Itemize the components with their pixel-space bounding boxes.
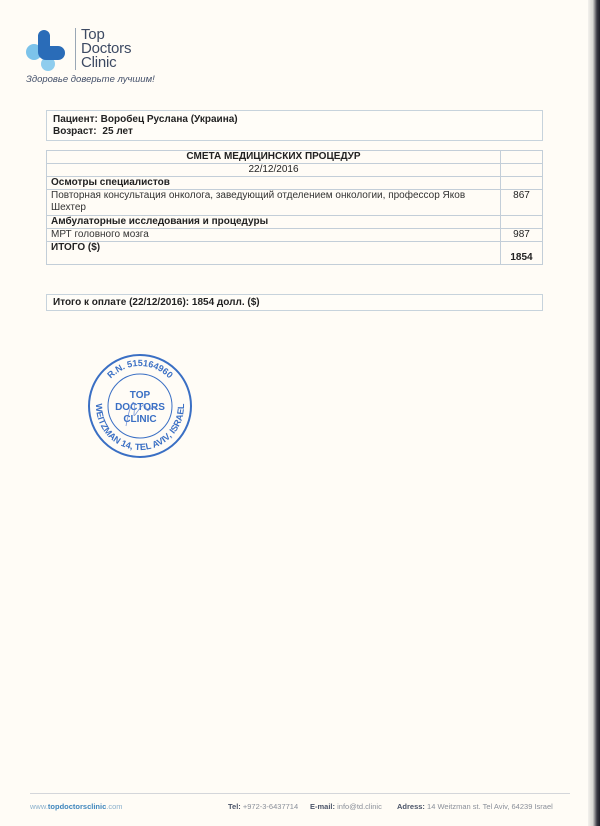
address-value: 14 Weitzman st. Tel Aviv, 64239 Israel — [427, 802, 553, 811]
total-value: 1854 — [501, 242, 543, 265]
empty-cell — [501, 164, 543, 177]
email-value[interactable]: info@td.clinic — [337, 802, 382, 811]
estimate-table: СМЕТА МЕДИЦИНСКИХ ПРОЦЕДУР 22/12/2016 Ос… — [46, 150, 543, 265]
tel-label: Tel: — [228, 802, 241, 811]
email-label: E-mail: — [310, 802, 335, 811]
footer-divider — [30, 793, 570, 794]
brand-line: Clinic — [81, 56, 131, 70]
empty-cell — [501, 151, 543, 164]
site-main: topdoctorsclinic — [48, 802, 106, 811]
item-description: МРТ головного мозга — [47, 229, 501, 242]
empty-cell — [501, 216, 543, 229]
website-link[interactable]: www.topdoctorsclinic.com — [30, 802, 123, 811]
total-label: ИТОГО ($) — [47, 242, 501, 265]
table-row: МРТ головного мозга 987 — [47, 229, 543, 242]
site-prefix: www. — [30, 802, 48, 811]
tel-value: +972-3-6437714 — [243, 802, 298, 811]
footer-email: E-mail: info@td.clinic — [310, 802, 382, 811]
item-price: 987 — [501, 229, 543, 242]
empty-cell — [501, 177, 543, 190]
patient-age-value: 25 лет — [102, 126, 132, 138]
footer-address: Adress: 14 Weitzman st. Tel Aviv, 64239 … — [397, 802, 553, 811]
patient-name-label: Пациент: — [53, 114, 98, 126]
item-price: 867 — [501, 190, 543, 216]
clinic-logo-icon — [24, 28, 72, 72]
estimate-date: 22/12/2016 — [47, 164, 501, 177]
brand-name: Top Doctors Clinic — [75, 28, 131, 70]
address-label: Adress: — [397, 802, 425, 811]
estimate-title: СМЕТА МЕДИЦИНСКИХ ПРОЦЕДУР — [47, 151, 501, 164]
svg-text:TOP: TOP — [130, 390, 151, 401]
total-to-pay-text: Итого к оплате (22/12/2016): 1854 долл. … — [53, 297, 260, 308]
page-edge-shadow — [588, 0, 600, 826]
item-description: Повторная консультация онколога, заведую… — [47, 190, 501, 216]
patient-name-value: Воробец Руслана (Украина) — [101, 114, 238, 126]
clinic-stamp: R.N. 515164960 WEITZMAN 14, TEL AVIV, IS… — [86, 352, 194, 460]
footer-tel: Tel: +972-3-6437714 — [228, 802, 298, 811]
site-suffix: .com — [106, 802, 122, 811]
total-to-pay-box: Итого к оплате (22/12/2016): 1854 долл. … — [46, 294, 543, 311]
tagline: Здоровье доверьте лучшим! — [26, 74, 155, 85]
patient-info-box: Пациент: Воробец Руслана (Украина) Возра… — [46, 110, 543, 141]
category-row: Амбулаторные исследования и процедуры — [47, 216, 501, 229]
category-row: Осмотры специалистов — [47, 177, 501, 190]
table-row: Повторная консультация онколога, заведую… — [47, 190, 543, 216]
patient-age-label: Возраст: — [53, 126, 97, 138]
